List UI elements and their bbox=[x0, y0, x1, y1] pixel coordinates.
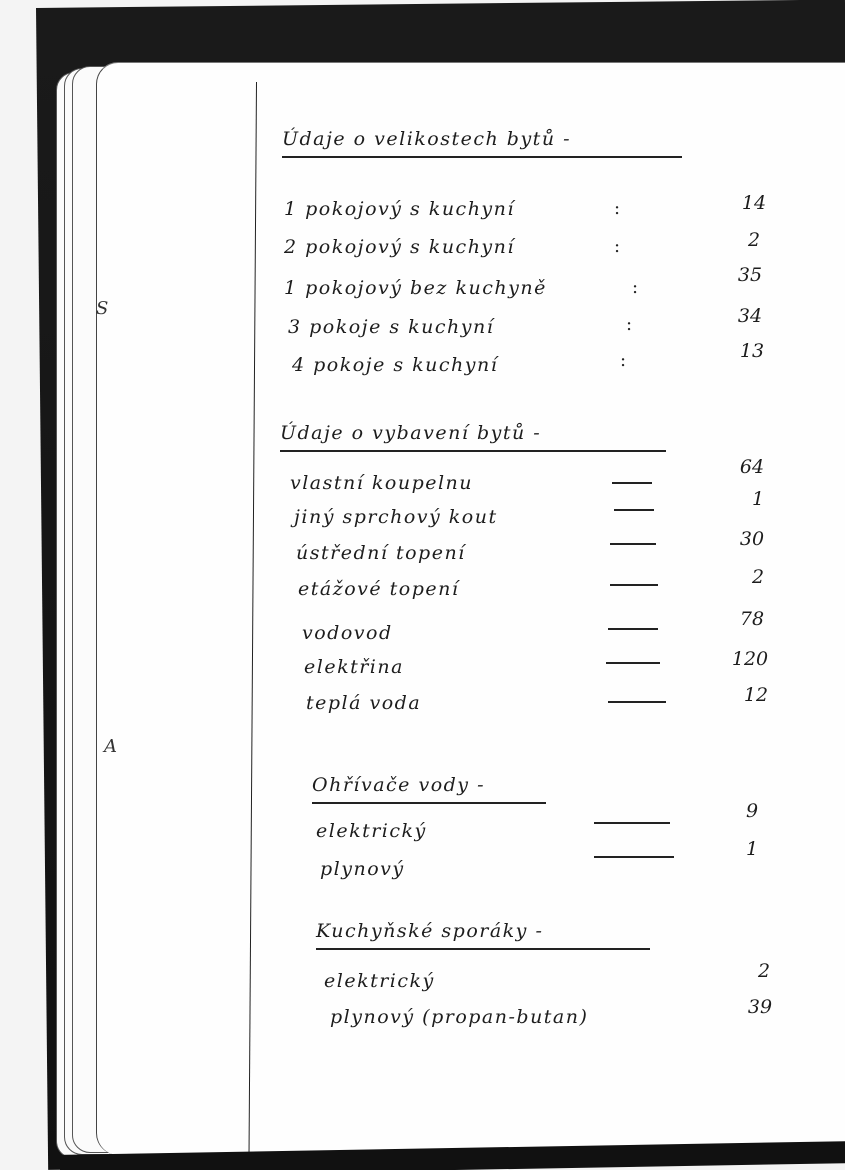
list-item-label: vodovod bbox=[302, 622, 393, 644]
list-item-value: 2 bbox=[734, 960, 794, 982]
separator-dash bbox=[614, 509, 654, 511]
list-item-value: 39 bbox=[730, 996, 790, 1018]
list-item-label: teplá voda bbox=[306, 692, 421, 714]
list-item-label: plynový (propan-butan) bbox=[330, 1006, 588, 1028]
separator-dash bbox=[612, 482, 652, 484]
list-item-value: 1 bbox=[728, 488, 788, 510]
list-item-value: 78 bbox=[722, 608, 782, 630]
list-item-label: 3 pokoje s kuchyní bbox=[288, 316, 494, 338]
list-item-value: 2 bbox=[728, 566, 788, 588]
list-item-value: 9 bbox=[722, 800, 782, 822]
list-item-label: ústřední topení bbox=[296, 542, 466, 564]
separator-dash bbox=[608, 628, 658, 630]
margin-mark: S bbox=[96, 298, 108, 319]
list-item-label: vlastní koupelnu bbox=[290, 472, 473, 494]
list-item-value: 120 bbox=[720, 648, 780, 670]
separator-dash bbox=[594, 822, 670, 824]
section-heading-sizes: Údaje o velikostech bytů - bbox=[282, 128, 682, 158]
list-item-value: 35 bbox=[720, 264, 780, 286]
separator-dash bbox=[594, 856, 674, 858]
list-item-value: 1 bbox=[722, 838, 782, 860]
section-heading-equipment: Údaje o vybavení bytů - bbox=[280, 422, 666, 452]
list-item-value: 64 bbox=[722, 456, 782, 478]
list-item-value: 14 bbox=[724, 192, 784, 214]
list-item-label: 2 pokojový s kuchyní bbox=[284, 236, 515, 258]
separator-dash bbox=[610, 543, 656, 545]
list-item-value: 13 bbox=[722, 340, 782, 362]
list-item-label: plynový bbox=[320, 858, 405, 880]
list-item-value: 12 bbox=[726, 684, 786, 706]
list-item-label: elektrický bbox=[324, 970, 435, 992]
list-item-value: 30 bbox=[722, 528, 782, 550]
margin-mark: A bbox=[104, 736, 117, 757]
list-item-value: 34 bbox=[720, 305, 780, 327]
list-item-label: 1 pokojový bez kuchyně bbox=[284, 277, 547, 299]
separator: : bbox=[620, 350, 626, 371]
separator-dash bbox=[610, 584, 658, 586]
separator: : bbox=[626, 314, 632, 335]
list-item-label: elektrický bbox=[316, 820, 427, 842]
list-item-label: etážové topení bbox=[298, 578, 459, 600]
separator: : bbox=[614, 236, 620, 257]
separator-dash bbox=[606, 662, 660, 664]
section-heading-water-heaters: Ohřívače vody - bbox=[312, 774, 546, 804]
list-item-label: 4 pokoje s kuchyní bbox=[292, 354, 498, 376]
list-item-label: jiný sprchový kout bbox=[294, 506, 498, 528]
list-item-label: 1 pokojový s kuchyní bbox=[284, 198, 515, 220]
list-item-value: 2 bbox=[724, 229, 784, 251]
separator: : bbox=[632, 277, 638, 298]
separator: : bbox=[614, 198, 620, 219]
list-item-label: elektřina bbox=[304, 656, 404, 678]
separator-dash bbox=[608, 701, 666, 703]
section-heading-stoves: Kuchyňské sporáky - bbox=[316, 920, 650, 950]
